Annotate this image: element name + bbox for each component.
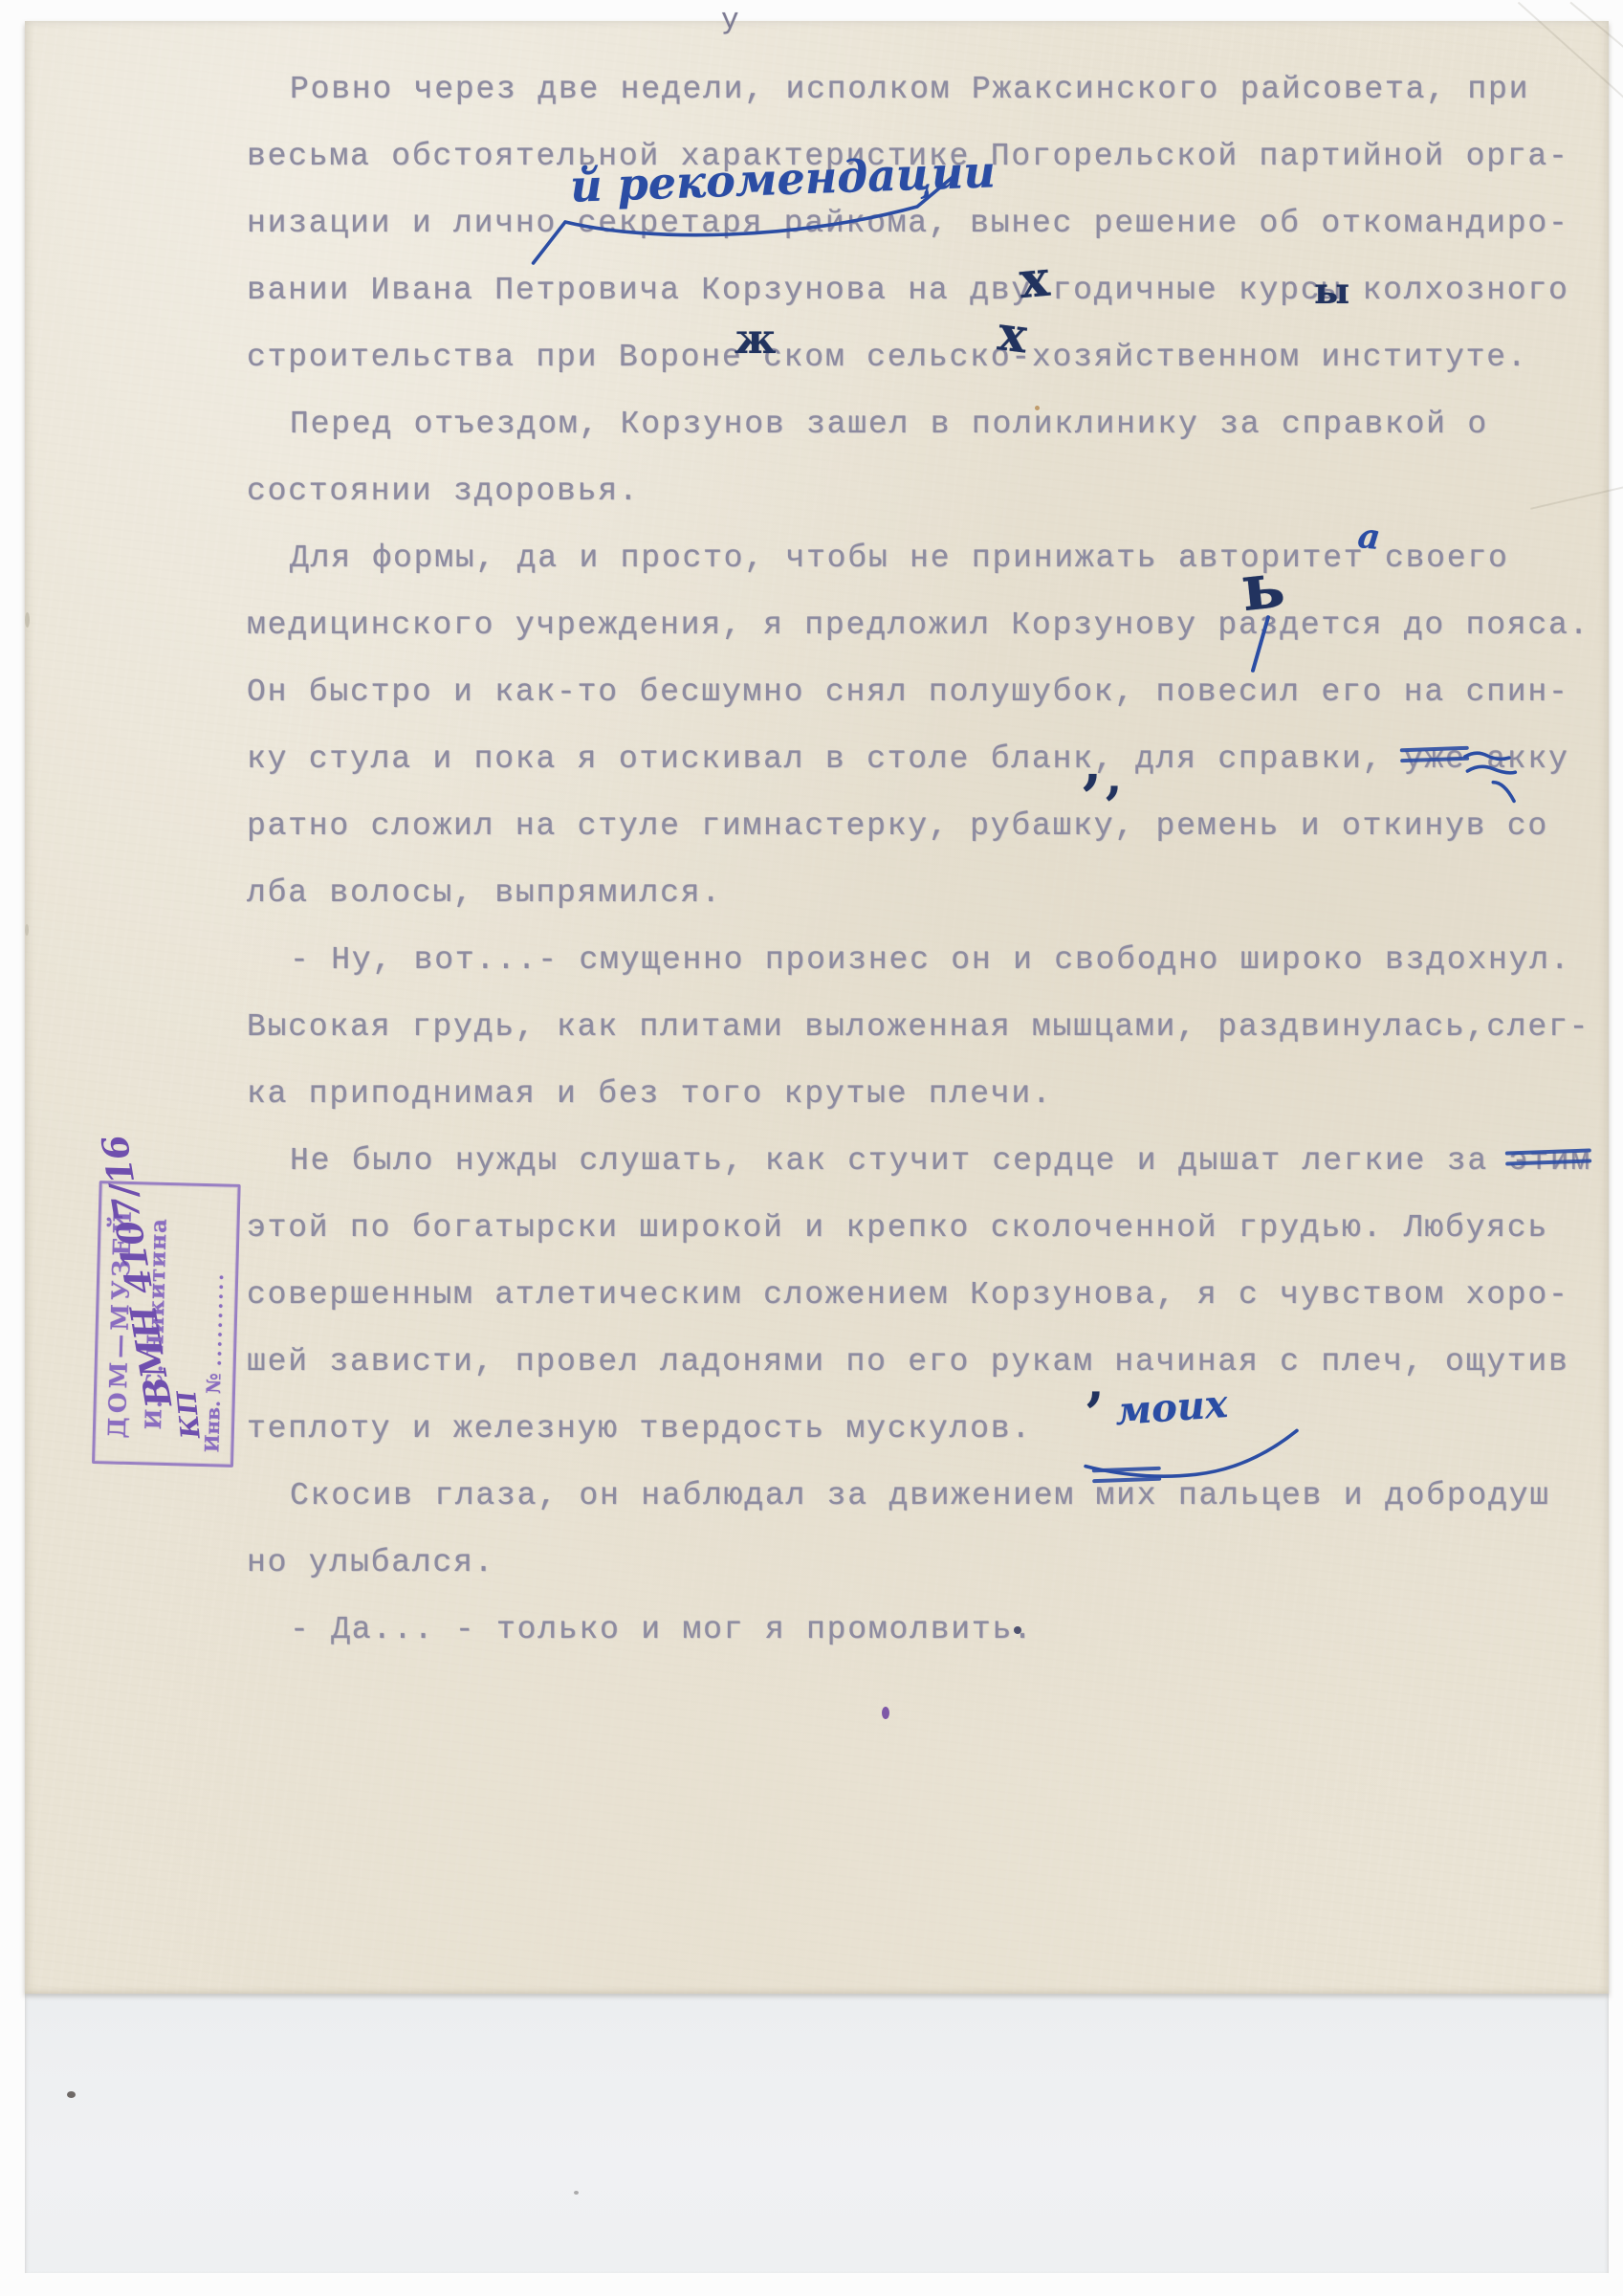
typed-line: Скосив глаза, он наблюдал за движением м…	[290, 1477, 1550, 1515]
scan-artifact-speck	[1035, 406, 1040, 410]
ink-annotation-bold: ж	[735, 316, 776, 364]
typed-line: Перед отъездом, Корзунов зашел в поликли…	[290, 406, 1488, 444]
scan-artifact-speck	[67, 2091, 76, 2098]
typed-line: теплоту и железную твердость мускулов.	[247, 1410, 1032, 1448]
typed-line: Не было нужды слушать, как стучит сердце…	[290, 1142, 1591, 1181]
typed-line: Он быстро и как-то бесшумно снял полушуб…	[247, 673, 1569, 712]
typed-line: Для формы, да и просто, чтобы не принижа…	[290, 540, 1509, 578]
stamp-border: ДОМ—МУЗЕЙ И. С. Никитина Инв. № ........…	[92, 1181, 241, 1468]
stamp-inventory-dots: ..........	[203, 1270, 229, 1366]
ink-annotation-strike	[1505, 1148, 1592, 1166]
ink-annotation-script: а	[1356, 516, 1383, 558]
ink-annotation-bold: ,	[1106, 748, 1122, 805]
typed-line: вании Ивана Петровича Корзунова на дву г…	[247, 272, 1569, 310]
typed-line: но улыбался.	[247, 1544, 494, 1582]
typed-line: лба волосы, выпрямился.	[247, 874, 722, 913]
ink-annotation-bold: ь	[1238, 547, 1288, 626]
museum-stamp: ДОМ—МУЗЕЙ И. С. Никитина Инв. № ........…	[92, 1189, 228, 1467]
typed-line: ка приподнимая и без того крутые плечи.	[247, 1075, 1053, 1114]
typed-line: - Да... - только и мог я промолвить.	[290, 1611, 1034, 1649]
typed-line: этой по богатырски широкой и крепко скол…	[247, 1209, 1548, 1247]
scan-artifact-speck	[25, 924, 29, 936]
typed-line: Ровно через две недели, исполком Ржаксин…	[290, 71, 1529, 109]
ink-annotation-zigzag	[1461, 750, 1523, 806]
typed-line: шей зависти, провел ладонями по его рука…	[247, 1343, 1569, 1381]
ink-annotation-flourish	[524, 168, 981, 264]
typed-line: ратно сложил на стуле гимнастерку, рубаш…	[247, 807, 1548, 846]
typed-line: совершенным атлетическим сложением Корзу…	[247, 1276, 1569, 1314]
scanner-backing-sheet	[25, 1994, 1609, 2273]
typed-line: Высокая грудь, как плитами выложенная мы…	[247, 1008, 1590, 1047]
typed-line: - Ну, вот...- смущенно произнес он и сво…	[290, 941, 1570, 980]
scan-artifact-speck	[574, 2191, 579, 2195]
ink-annotation-strike	[1400, 746, 1470, 764]
scan-artifact-speck	[1014, 1626, 1021, 1634]
scan-artifact-speck	[25, 612, 30, 628]
typed-line: медицинского учреждения, я предложил Кор…	[247, 607, 1590, 645]
ink-annotation-bold: х	[1017, 250, 1051, 310]
page-number-mark: у	[721, 4, 739, 37]
ink-annotation-bold: ,	[1086, 1351, 1105, 1412]
typed-line: ку стула и пока я отискивал в столе блан…	[247, 740, 1569, 779]
paper-sheet	[25, 21, 1609, 1994]
ink-annotation-strike	[1092, 1467, 1162, 1485]
ink-annotation-bold: ы	[1314, 270, 1349, 312]
typed-line: состоянии здоровья.	[247, 473, 639, 511]
scan-artifact-speck	[882, 1707, 889, 1719]
ink-annotation-bold: ,	[1083, 731, 1102, 796]
typed-line: строительства при Вороне ском сельско-хо…	[247, 339, 1527, 377]
